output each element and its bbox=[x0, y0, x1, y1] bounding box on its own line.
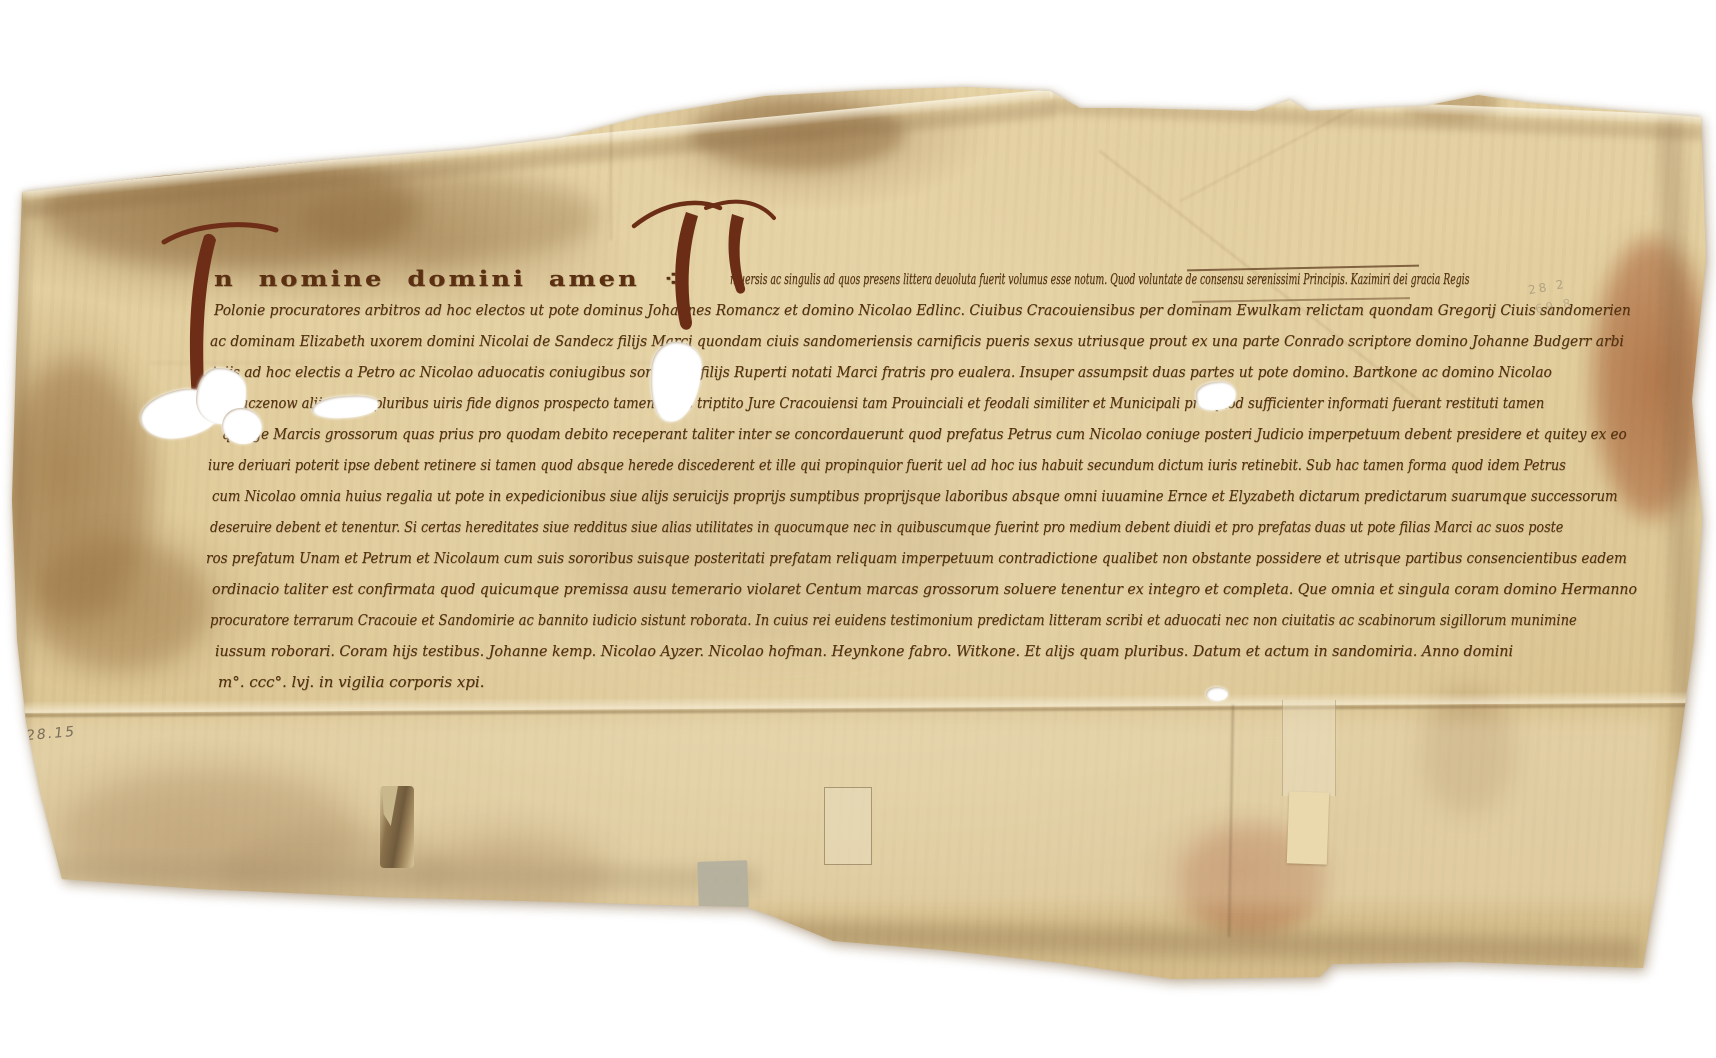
parchment-shadow-wrap: n nomine domini amen ⁘ niuersis ac singu… bbox=[0, 0, 1716, 1058]
parchment-hole-fold bbox=[1206, 687, 1228, 701]
charter-line-1: niuersis ac singulis ad quos presens lit… bbox=[730, 268, 1469, 290]
charter-line-4: trijs ad hoc electis a Petro ac Nicolao … bbox=[212, 361, 1552, 383]
charter-line-13: iussum roborari. Coram hijs testibus. Jo… bbox=[215, 640, 1513, 662]
seal-tag-shadow-bottom bbox=[697, 860, 749, 909]
charter-line-10: ros prefatum Unam et Petrum et Nicolaum … bbox=[206, 547, 1627, 569]
charter-line-8: cum Nicolao omnia huius regalia ut pote … bbox=[212, 485, 1618, 507]
initial-letter-U bbox=[628, 192, 778, 337]
seal-slit-left bbox=[380, 786, 414, 868]
charter-line-7: iure deriuari poterit ipse debent retine… bbox=[208, 454, 1566, 476]
charter-date-line: m°. ccc°. lvj. in vigilia corporis xpi. bbox=[218, 671, 484, 693]
charter-line-11: ordinacio taliter est confirmata quod qu… bbox=[212, 578, 1637, 600]
charter-line-6: quinge Marcis grossorum quas prius pro q… bbox=[222, 423, 1627, 445]
charter-text-block: n nomine domini amen ⁘ niuersis ac singu… bbox=[0, 0, 1716, 1058]
seal-tag-right bbox=[1287, 791, 1329, 864]
charter-line-12: procuratore terrarum Cracouie et Sandomi… bbox=[210, 609, 1577, 631]
seal-slit-middle bbox=[824, 787, 872, 865]
charter-opening-words: n nomine domini amen ⁘ bbox=[214, 266, 687, 292]
charter-line-9: deseruire debent et tenentur. Si certas … bbox=[210, 516, 1563, 538]
charter-line-5: de Paczenow alijs quam pluribus uiris fi… bbox=[212, 392, 1544, 414]
charter-line-2: Polonie procuratores arbitros ad hoc ele… bbox=[214, 299, 1631, 321]
charter-line-3: ac dominam Elizabeth uxorem domini Nicol… bbox=[210, 330, 1624, 352]
seal-tag-inside-slit bbox=[382, 786, 398, 826]
seal-tag-fold-right bbox=[1282, 700, 1336, 796]
photo-background: n nomine domini amen ⁘ niuersis ac singu… bbox=[0, 0, 1716, 1058]
parchment-charter: n nomine domini amen ⁘ niuersis ac singu… bbox=[0, 0, 1716, 1058]
